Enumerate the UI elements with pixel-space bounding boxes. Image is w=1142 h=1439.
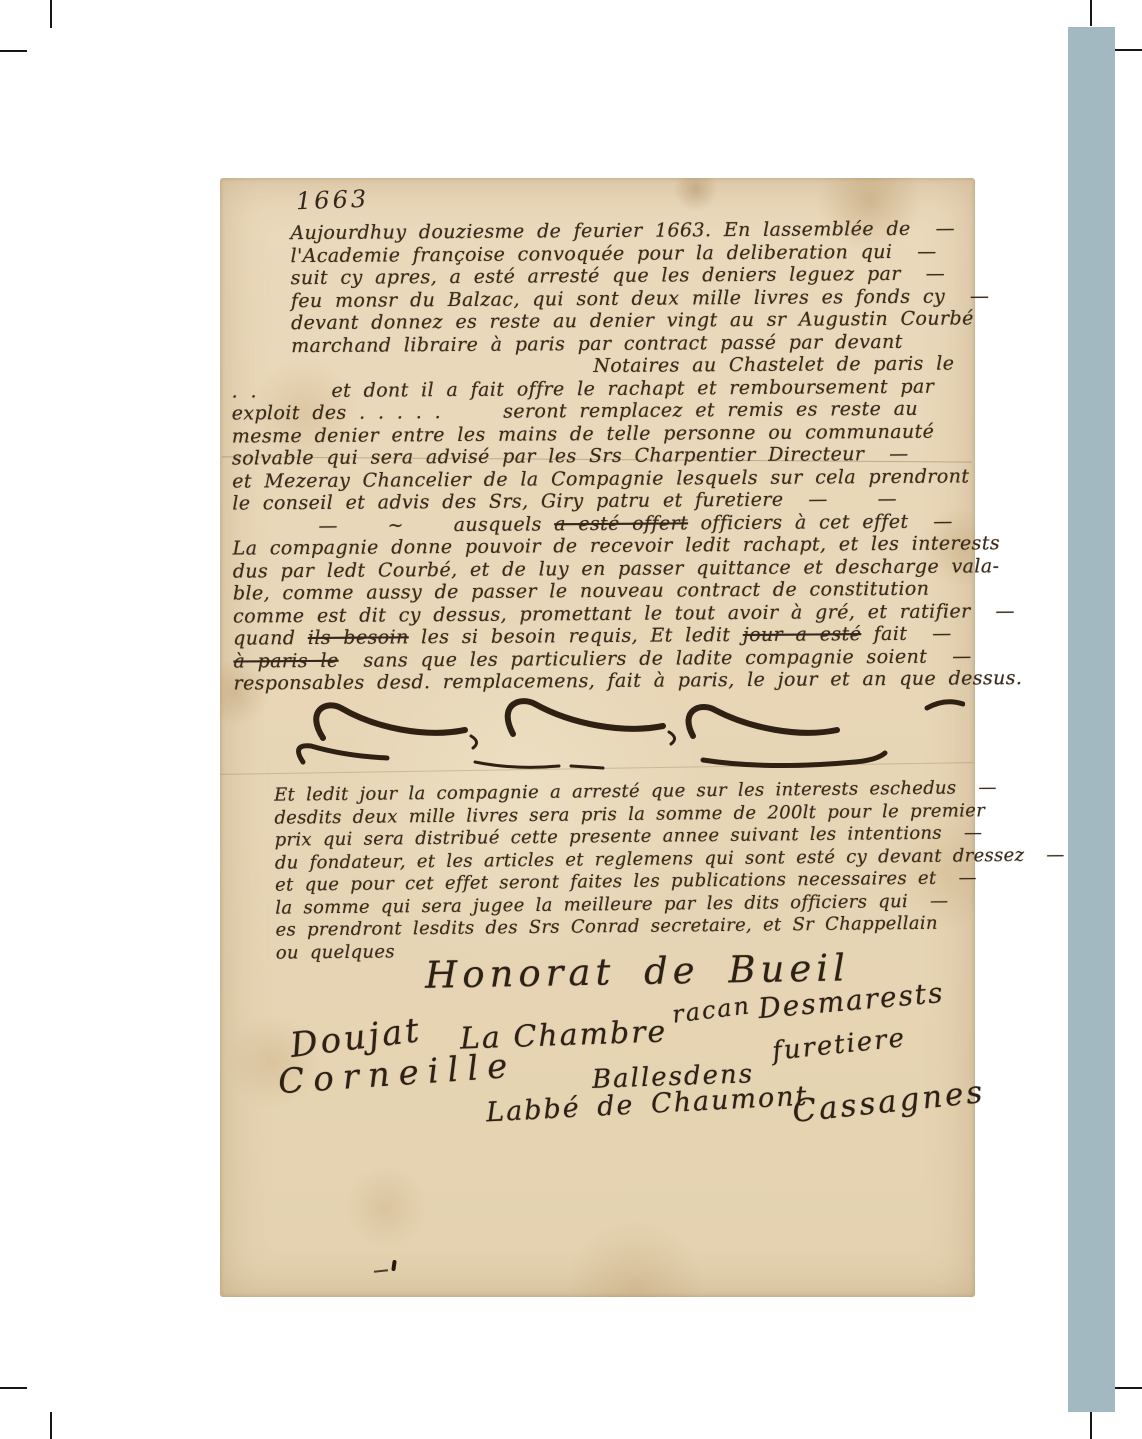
crop-mark [1114, 1387, 1142, 1389]
pen-flourish [275, 696, 965, 788]
ink-mark [374, 1269, 388, 1272]
signature-cassagnes: Cassagnes [791, 1074, 987, 1130]
crop-mark [1114, 49, 1142, 51]
crop-mark [1090, 0, 1092, 26]
crop-mark [50, 0, 52, 28]
crop-mark [0, 1387, 27, 1389]
signature-racan: racan [671, 991, 753, 1028]
year-heading: 1663 [296, 185, 370, 216]
crop-mark [1090, 1412, 1092, 1439]
crop-mark [0, 50, 27, 52]
signature-furetiere: furetiere [771, 1023, 908, 1067]
manuscript-line: Notaires au Chastelet de paris le [593, 352, 961, 377]
accent-bar [1068, 27, 1115, 1412]
manuscript-line: responsables desd. remplacemens, fait à … [234, 667, 964, 695]
ink-mark [391, 1260, 396, 1271]
deliberation-paragraph: Aujourdhuy douziesme de feurier 1663. En… [230, 217, 963, 695]
manuscript-scan: 1663 Aujourdhuy douziesme de feurier 166… [220, 178, 975, 1297]
resolution-paragraph: Et ledit jour la compagnie a arresté que… [274, 777, 976, 964]
book-page: { "colors": { "accent_bar": "#a3b9c2", "… [0, 0, 1142, 1439]
crop-mark [50, 1412, 52, 1439]
